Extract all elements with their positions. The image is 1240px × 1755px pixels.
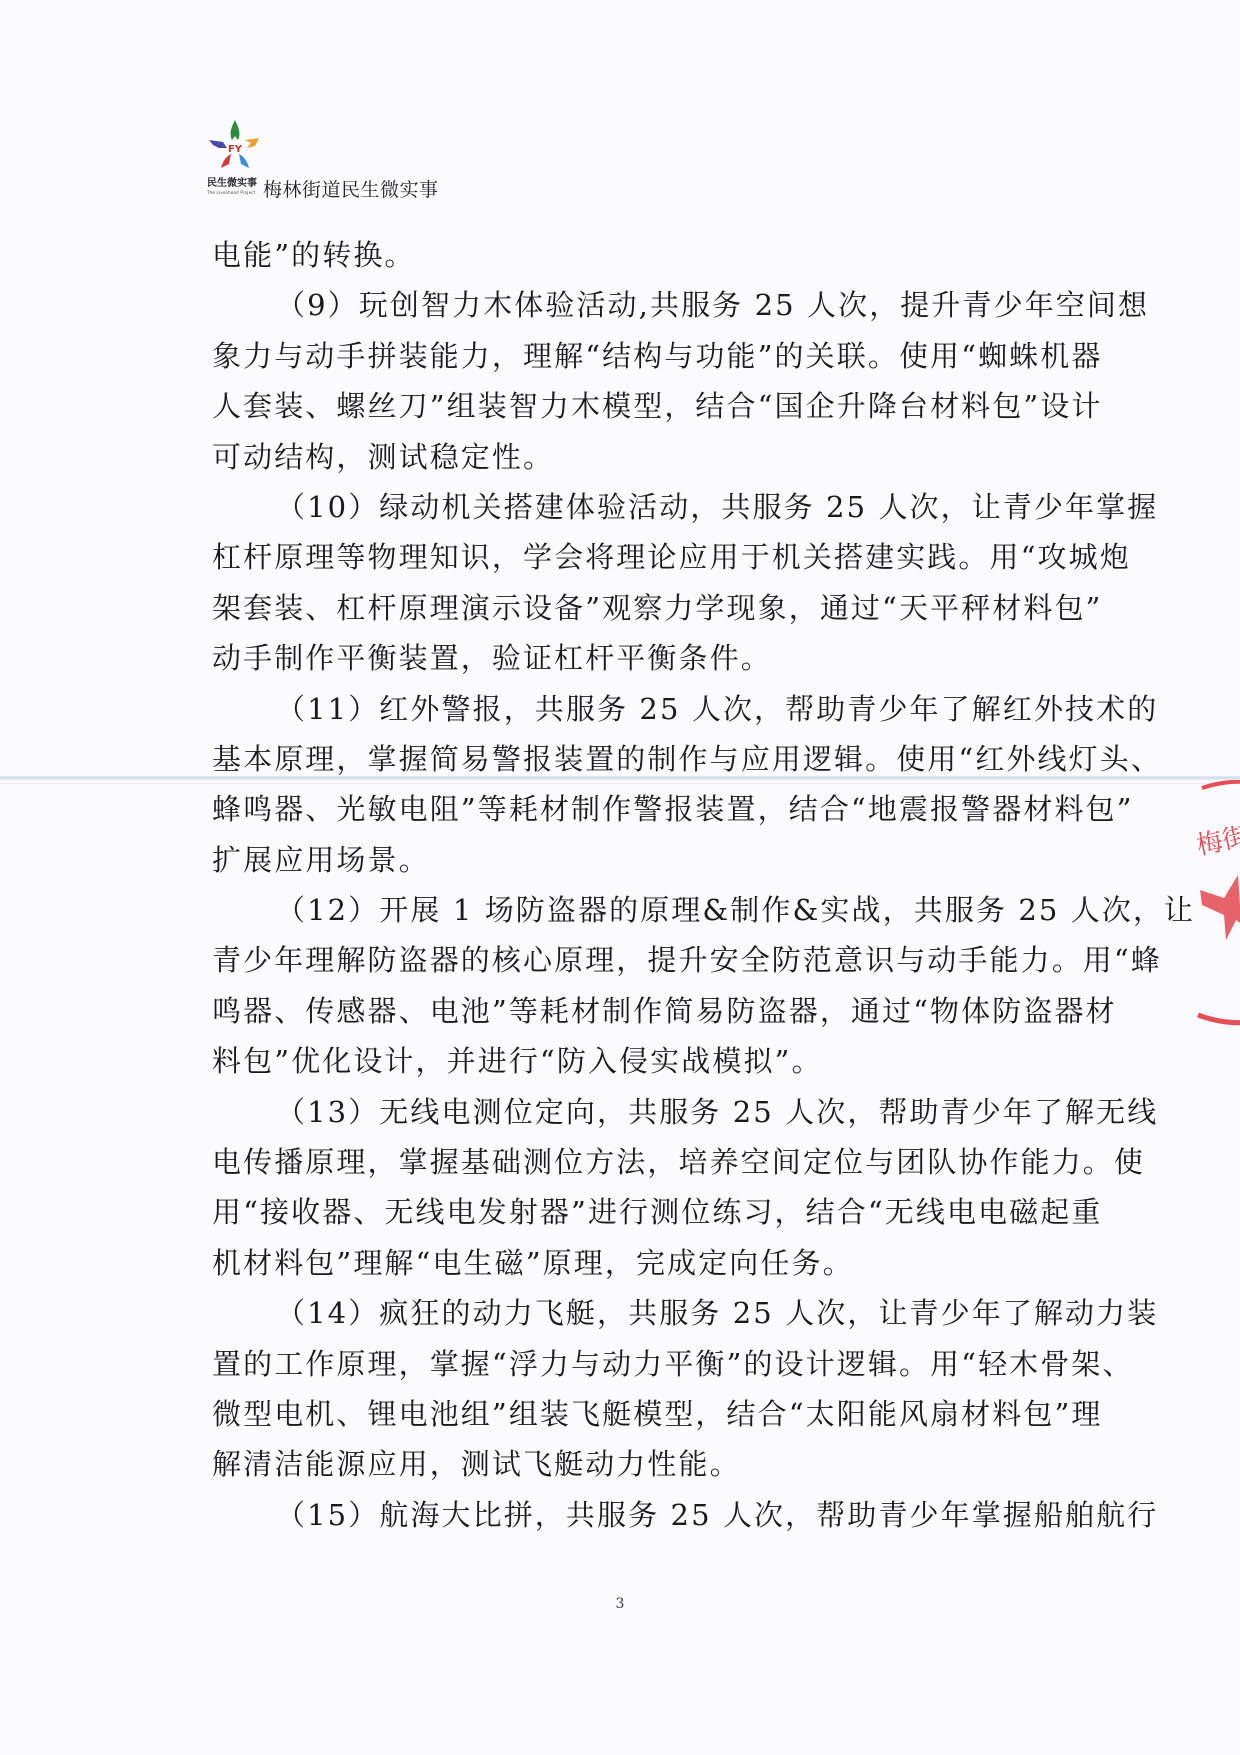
paragraph-start-line: （9）玩创智力木体验活动,共服务 25 人次，提升青少年空间想 (212, 284, 1040, 334)
letterhead: FY 民生微实事 The Livelihood Project 梅林街道民生微实… (205, 118, 465, 198)
text-line: 电能”的转换。 (212, 234, 1040, 284)
text-line: 电传播原理，掌握基础测位方法，培养空间定位与团队协作能力。使 (212, 1141, 1040, 1191)
logo-caption: 民生微实事 (207, 178, 257, 189)
text-line: 鸣器、传感器、电池”等耗材制作简易防盗器，通过“物体防盗器材 (212, 990, 1040, 1040)
paragraph-start-line: （15）航海大比拼，共服务 25 人次，帮助青少年掌握船舶航行 (212, 1494, 1040, 1544)
text-line: 料包”优化设计，并进行“防入侵实战模拟”。 (212, 1040, 1040, 1090)
stamp-text: 梅街 (1194, 821, 1240, 861)
text-line: 微型电机、锂电池组”组装飞艇模型，结合“太阳能风扇材料包”理 (212, 1393, 1040, 1443)
scan-artifact-line (0, 783, 1240, 784)
svg-text:FY: FY (228, 144, 243, 155)
logo-subcaption: The Livelihood Project (207, 190, 255, 195)
scan-artifact-line (0, 776, 1240, 780)
paragraph-start-line: （10）绿动机关搭建体验活动，共服务 25 人次，让青少年掌握 (212, 486, 1040, 536)
text-line: 蜂鸣器、光敏电阻”等耗材制作警报装置，结合“地震报警器材料包” (212, 788, 1040, 838)
paragraph-start-line: （12）开展 1 场防盗器的原理&制作&实战，共服务 25 人次，让 (212, 889, 1040, 939)
text-line: 象力与动手拼装能力，理解“结构与功能”的关联。使用“蜘蛛机器 (212, 335, 1040, 385)
document-body: 电能”的转换。 （9）玩创智力木体验活动,共服务 25 人次，提升青少年空间想 … (212, 234, 1040, 1544)
flower-star-logo-icon: FY (205, 118, 265, 178)
text-line: 扩展应用场景。 (212, 839, 1040, 889)
text-line: 可动结构，测试稳定性。 (212, 436, 1040, 486)
header-title: 梅林街道民生微实事 (263, 175, 439, 202)
official-seal-stamp-icon: 梅街 (1190, 780, 1240, 1030)
text-line: 机材料包”理解“电生磁”原理，完成定向任务。 (212, 1242, 1040, 1292)
paragraph-start-line: （13）无线电测位定向，共服务 25 人次，帮助青少年了解无线 (212, 1091, 1040, 1141)
text-line: 置的工作原理，掌握“浮力与动力平衡”的设计逻辑。用“轻木骨架、 (212, 1343, 1040, 1393)
paragraph-start-line: （14）疯狂的动力飞艇，共服务 25 人次，让青少年了解动力装 (212, 1292, 1040, 1342)
text-line: 杠杆原理等物理知识，学会将理论应用于机关搭建实践。用“攻城炮 (212, 536, 1040, 586)
paragraph-start-line: （11）红外警报，共服务 25 人次，帮助青少年了解红外技术的 (212, 688, 1040, 738)
text-line: 架套装、杠杆原理演示设备”观察力学现象，通过“天平秤材料包” (212, 587, 1040, 637)
text-line: 用“接收器、无线电发射器”进行测位练习，结合“无线电电磁起重 (212, 1191, 1040, 1241)
text-line: 基本原理，掌握简易警报装置的制作与应用逻辑。使用“红外线灯头、 (212, 738, 1040, 788)
text-line: 人套装、螺丝刀”组装智力木模型，结合“国企升降台材料包”设计 (212, 385, 1040, 435)
text-line: 解清洁能源应用，测试飞艇动力性能。 (212, 1443, 1040, 1493)
text-line: 青少年理解防盗器的核心原理，提升安全防范意识与动手能力。用“蜂 (212, 939, 1040, 989)
page-number: 3 (0, 1596, 1240, 1612)
text-line: 动手制作平衡装置，验证杠杆平衡条件。 (212, 637, 1040, 687)
